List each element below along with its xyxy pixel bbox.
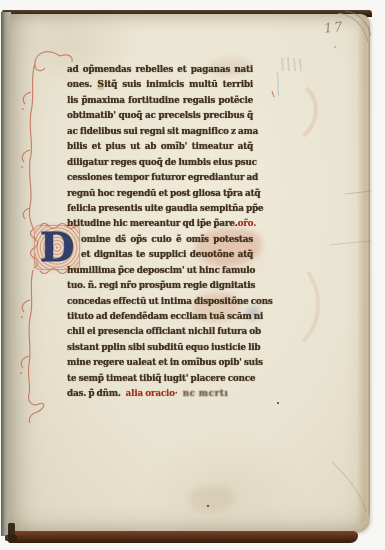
text-line: ac fidelibus sui regni sit magnifico z a…: [67, 125, 253, 140]
text-line: te semp̃ timeat tibiq̃ iugit' placere co…: [67, 372, 253, 387]
text-line: ones. Sitq̃ suis inimicis multū terribi: [67, 78, 253, 93]
text-block: ad op̃mendas rebelles et paganas nati on…: [67, 63, 253, 403]
text-line: tituto ad defendẽdam eccliam tuā scām ni: [67, 310, 253, 325]
text-line: ad op̃mendas rebelles et paganas nati: [67, 63, 253, 78]
text-line: das. p̃ dñm.alia oracio·nc mcrtı: [67, 387, 253, 402]
page-stack-edges: [357, 20, 370, 523]
text-segment: das. p̃ dñm.: [67, 389, 121, 399]
text-line: btitudine hic mereantur qd ip̃e p̃are.or…: [67, 217, 253, 232]
text-line: omine ds̃ op̃s cuio ẽ omĩs potestas: [67, 233, 253, 248]
text-line: concedas effectū ut intima dispositõne c…: [67, 295, 253, 310]
text-line: chil ei presencia officiant nichil futur…: [67, 325, 253, 340]
manuscript-photo: 17 D ad op̃mendas rebelles et paganas na…: [0, 0, 385, 550]
book-bottom-edge: [8, 531, 358, 543]
text-line: lis p̃maxima fortitudine regalis potẽcie: [67, 94, 253, 109]
text-line: humillima p̃ce deposcim' ut hinc famulo: [67, 264, 253, 279]
show-through-text: nc mcrtı: [183, 389, 229, 399]
rubric-alia-oratio: alia oracio·: [126, 389, 178, 399]
text-line: sistant pplin sibi subditū equo iusticie…: [67, 341, 253, 356]
text-line: bilis et pius ut ab omĩb' timeatur atq̃: [67, 140, 253, 155]
text-line: tuo. ñ. regi nr̃o prosp̃um regie dignita…: [67, 279, 253, 294]
text-line: obtimatib' quoq̃ ac precelsis precibus q…: [67, 109, 253, 124]
text-segment: btitudine hic mereantur qd ip̃e p̃are.: [67, 219, 238, 229]
text-line: regnū hoc regendū et post gliosa tp̃ra a…: [67, 187, 253, 202]
text-line: mine regere ualeat et in omĩbus opib' su…: [67, 356, 253, 371]
text-line: et dignitas te supplici deuotõne atq̃: [67, 248, 253, 263]
rubric-oratio: or̃o.: [238, 219, 256, 229]
text-segment: ones.: [67, 80, 97, 90]
text-segment: itq̃ suis inimicis multū terribi: [104, 80, 253, 90]
text-line: diligatur reges quoq̃ de lumbis eius psu…: [67, 156, 253, 171]
text-line: felicia presentis uite gaudia sempitña p…: [67, 202, 253, 217]
text-line: cessiones tempor futuror egrediantur ad: [67, 171, 253, 186]
